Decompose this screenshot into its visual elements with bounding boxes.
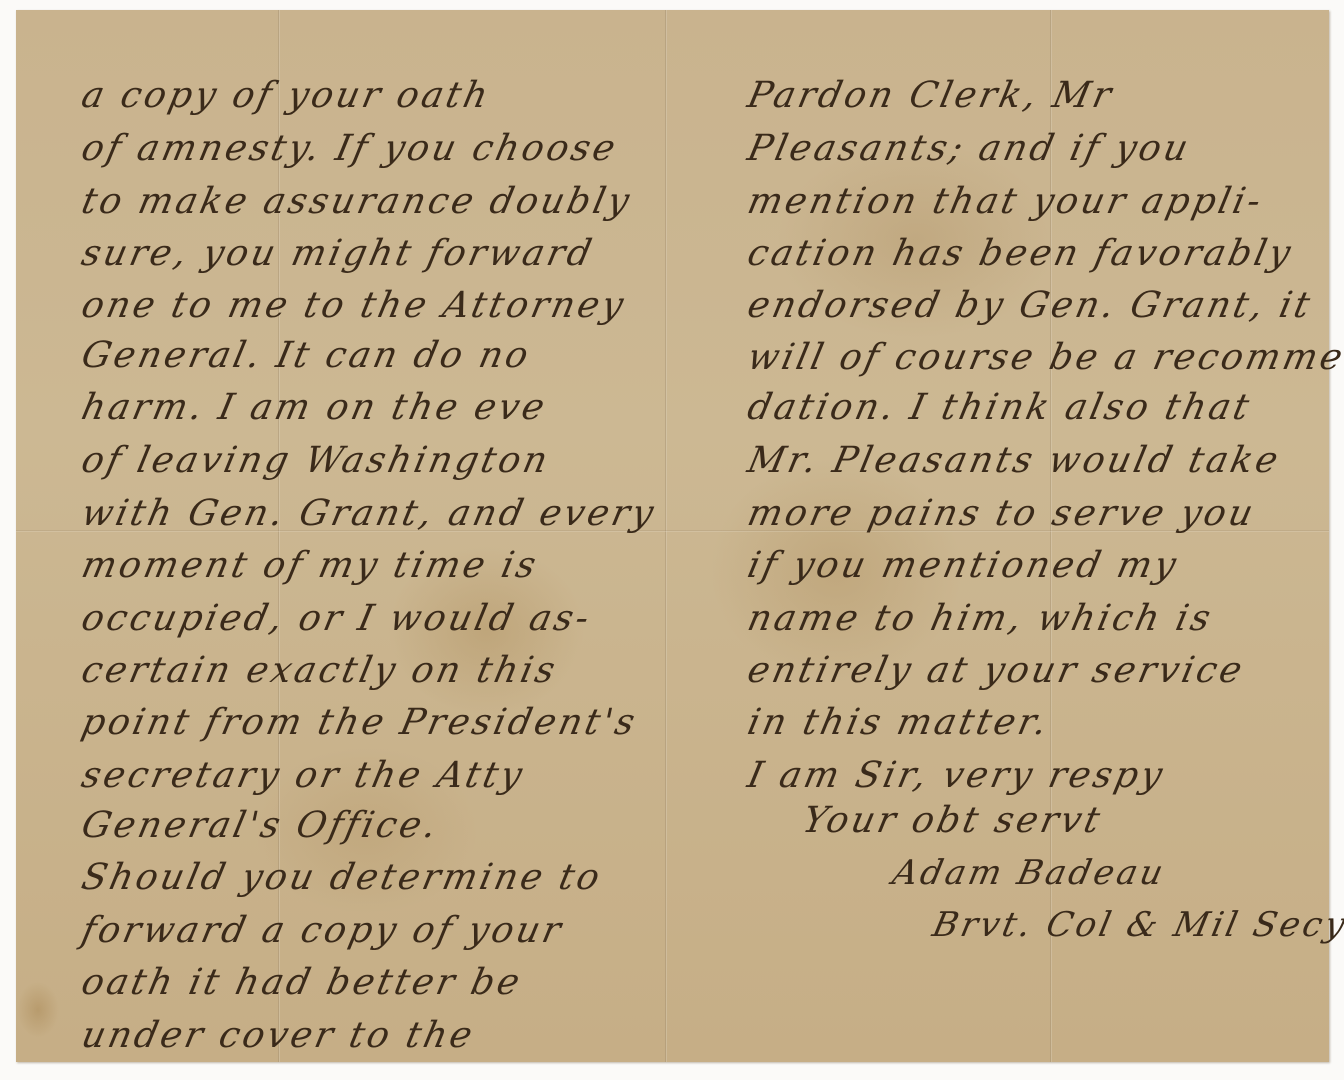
handwritten-line: under cover to the (78, 1015, 479, 1056)
handwritten-line: a copy of your oath (78, 75, 494, 116)
handwritten-line: sure, you might forward (78, 233, 598, 274)
handwritten-line: forward a copy of your (78, 910, 567, 951)
signature-name: Adam Badeau (889, 853, 1169, 893)
handwritten-line: General. It can do no (78, 335, 535, 376)
handwritten-line: mention that your appli- (744, 181, 1267, 222)
handwritten-line: occupied, or I would as- (78, 598, 595, 639)
handwritten-line: in this matter. (744, 702, 1053, 743)
handwritten-line: with Gen. Grant, and every (78, 493, 660, 534)
handwritten-line: entirely at your service (744, 650, 1249, 691)
handwritten-line: point from the President's (78, 702, 641, 743)
handwritten-line: more pains to serve you (744, 493, 1259, 534)
handwritten-line: to make assurance doubly (78, 181, 636, 222)
letter-sheet: a copy of your oath of amnesty. If you c… (16, 10, 1329, 1062)
handwritten-line: moment of my time is (78, 545, 542, 586)
handwritten-line: Pleasants; and if you (744, 128, 1194, 169)
handwritten-line: endorsed by Gen. Grant, it (744, 285, 1316, 326)
handwritten-line: Pardon Clerk, Mr (744, 75, 1118, 116)
handwritten-line: will of course be a recommen- (744, 337, 1344, 378)
handwritten-line: if you mentioned my (744, 545, 1182, 586)
signature-title: Brvt. Col & Mil Secy (929, 905, 1344, 945)
handwritten-line: secretary or the Atty (78, 755, 528, 796)
handwritten-line: Should you determine to (78, 857, 606, 898)
handwritten-line: dation. I think also that (744, 387, 1255, 428)
handwritten-line: General's Office. (78, 805, 443, 846)
closing-line: Your obt servt (799, 800, 1106, 841)
handwritten-line: certain exactly on this (78, 650, 561, 691)
handwritten-line: of leaving Washington (78, 440, 554, 481)
closing-line: I am Sir, very respy (744, 755, 1169, 796)
handwritten-line: one to me to the Attorney (78, 285, 630, 326)
handwritten-line: harm. I am on the eve (78, 387, 551, 428)
handwritten-line: of amnesty. If you choose (78, 128, 622, 169)
handwritten-line: Mr. Pleasants would take (744, 440, 1284, 481)
handwritten-line: name to him, which is (744, 598, 1217, 639)
vertical-fold-center (665, 10, 667, 1062)
handwritten-line: oath it had better be (78, 962, 526, 1003)
handwritten-line: cation has been favorably (744, 233, 1297, 274)
